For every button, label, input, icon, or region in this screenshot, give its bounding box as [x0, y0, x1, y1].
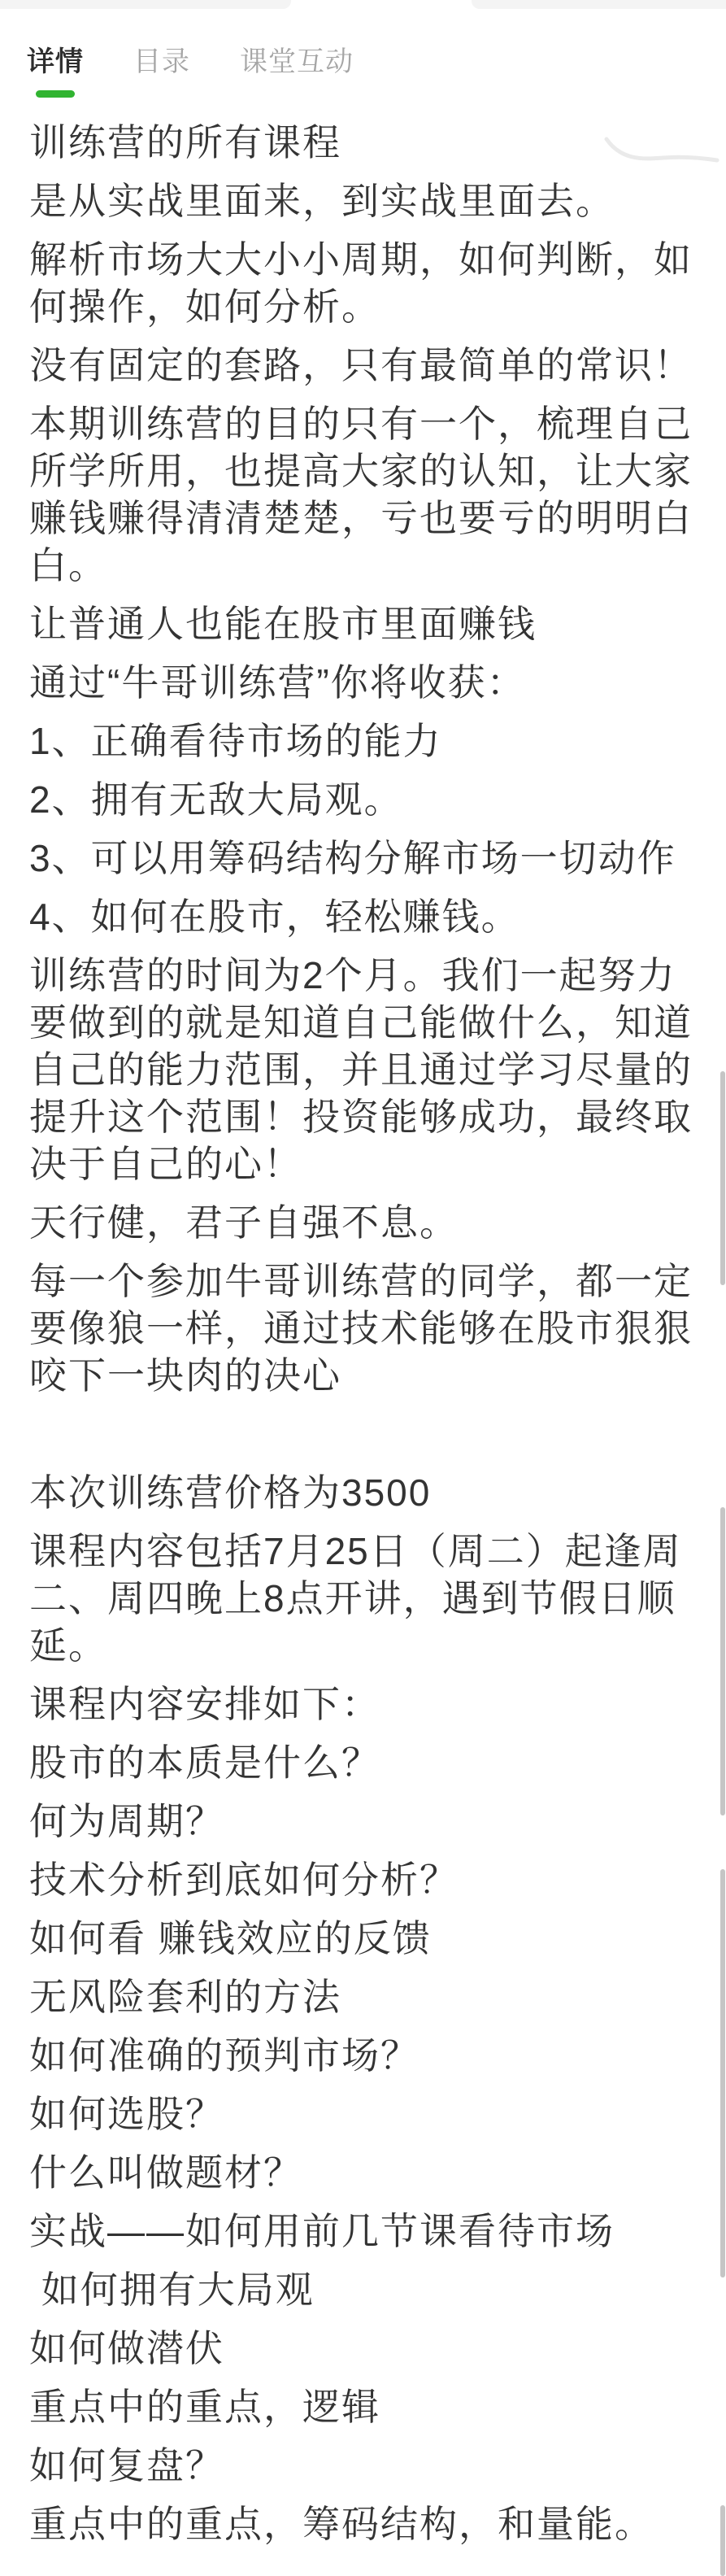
tab-catalog[interactable]: 目录	[133, 46, 190, 77]
scrollbar-thumb[interactable]	[720, 2505, 725, 2576]
paragraph: 训练营的时间为2个月。我们一起努力要做到的就是知道自己能做什么，知道自己的能力范…	[29, 952, 695, 1188]
paragraph: 解析市场大大小小周期，如何判断，如何操作，如何分析。	[29, 236, 695, 330]
paragraph: 什么叫做题材？	[29, 2149, 695, 2196]
paragraph: 重点中的重点，逻辑	[29, 2383, 695, 2430]
paragraph-spacer	[29, 1410, 695, 1458]
paragraph: 无风险套利的方法	[29, 1973, 695, 2020]
tab-details[interactable]: 详情	[27, 46, 84, 77]
paragraph: 是从实战里面来，到实战里面去。	[29, 177, 695, 224]
paragraph: 技术分析到底如何分析？	[29, 1856, 695, 1903]
tab-bar: 详情 目录 课堂互动	[27, 46, 354, 77]
paragraph: 3、可以用筹码结构分解市场一切动作	[29, 835, 695, 882]
paragraph: 课程内容包括7月25日（周二）起逢周二、周四晚上8点开讲，遇到节假日顺延。	[29, 1528, 695, 1669]
paragraph: 何为周期？	[29, 1798, 695, 1845]
paragraph: 重点中的重点，筹码结构，和量能。	[29, 2500, 695, 2548]
active-tab-indicator	[36, 90, 75, 98]
paragraph: 如何做潜伏	[29, 2325, 695, 2372]
paragraph: 1、正确看待市场的能力	[29, 717, 695, 765]
top-card-edge-right	[472, 0, 726, 9]
paragraph: 如何选股？	[29, 2090, 695, 2138]
course-description: 训练营的所有课程是从实战里面来，到实战里面去。解析市场大大小小周期，如何判断，如…	[29, 119, 695, 2559]
tab-classroom-interaction[interactable]: 课堂互动	[240, 46, 354, 77]
paragraph: 让普通人也能在股市里面赚钱	[29, 600, 695, 647]
paragraph: 4、如何在股市，轻松赚钱。	[29, 893, 695, 940]
paragraph: 2、拥有无敌大局观。	[29, 776, 695, 823]
paragraph: 股市的本质是什么？	[29, 1739, 695, 1786]
paragraph: 课程内容安排如下：	[29, 1680, 695, 1728]
paragraph: 每一个参加牛哥训练营的同学，都一定要像狼一样，通过技术能够在股市狠狠咬下一块肉的…	[29, 1257, 695, 1399]
paragraph: 如何看 赚钱效应的反馈	[29, 1915, 695, 1962]
top-card-edge-left	[0, 0, 291, 9]
paragraph: 本次训练营价格为3500	[29, 1469, 695, 1516]
paragraph: 实战——如何用前几节课看待市场	[29, 2208, 695, 2255]
paragraph: 如何准确的预判市场？	[29, 2032, 695, 2079]
scrollbar-thumb[interactable]	[720, 1071, 725, 1285]
scrollbar-thumb[interactable]	[720, 1869, 725, 2277]
paragraph: 如何复盘？	[29, 2442, 695, 2489]
paragraph: 天行健，君子自强不息。	[29, 1199, 695, 1246]
paragraph: 没有固定的套路，只有最简单的常识！	[29, 342, 695, 389]
scrollbar-thumb[interactable]	[720, 1507, 725, 1815]
paragraph: 如何拥有大局观	[29, 2266, 695, 2313]
paragraph: 本期训练营的目的只有一个，梳理自己所学所用，也提高大家的认知，让大家赚钱赚得清清…	[29, 400, 695, 589]
paragraph: 训练营的所有课程	[29, 119, 695, 166]
paragraph: 通过“牛哥训练营”你将收获：	[29, 659, 695, 706]
